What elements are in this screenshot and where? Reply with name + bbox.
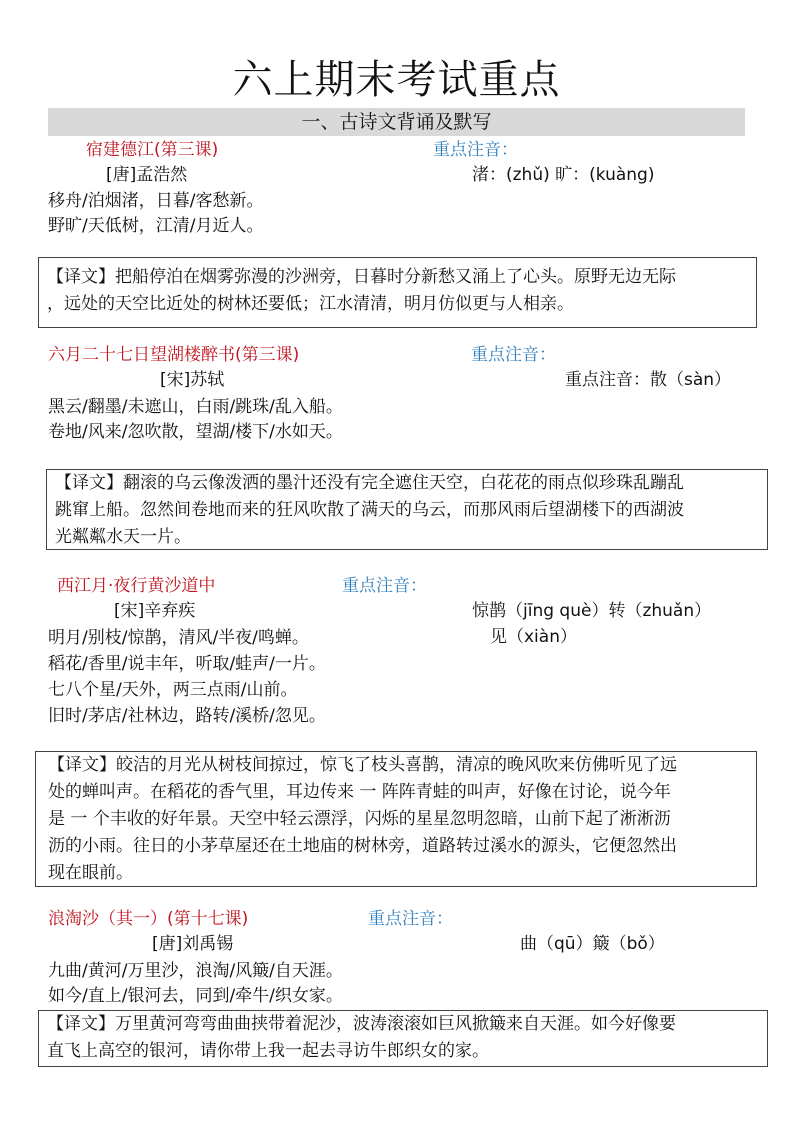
poem-title: 浪淘沙（其一）(第十七课) xyxy=(48,908,248,930)
translation-line: 沥的小雨。往日的小茅草屋还在土地庙的树林旁，道路转过溪水的源头，它便忽然出 xyxy=(48,833,748,860)
poem-verse: 黑云/翻墨/未遮山，白雨/跳珠/乱入船。 xyxy=(48,396,343,418)
pinyin-note: 见（xiàn） xyxy=(490,626,577,648)
pinyin-note: 渚：(zhǔ) 旷：(kuàng) xyxy=(472,164,654,186)
poem-verse: 如今/直上/银河去，同到/牵牛/织女家。 xyxy=(48,985,343,1007)
document-title: 六上期末考试重点 xyxy=(0,52,793,108)
poem-verse: 稻花/香里/说丰年，听取/蛙声/一片。 xyxy=(48,653,326,675)
translation-line: 直飞上高空的银河，请你带上我一起去寻访牛郎织女的家。 xyxy=(47,1038,759,1065)
translation-line: 光粼粼水天一片。 xyxy=(55,524,759,551)
translation-box: 【译文】万里黄河弯弯曲曲挟带着泥沙，波涛滚滚如巨风掀簸来自天涯。如今好像要 直飞… xyxy=(38,1010,768,1067)
translation-line: 【译文】翻滚的乌云像泼洒的墨汁还没有完全遮住天空，白花花的雨点似珍珠乱蹦乱 xyxy=(55,470,759,497)
translation-line: 处的蝉叫声。在稻花的香气里，耳边传来 一 阵阵青蛙的叫声，好像在讨论，说今年 xyxy=(48,779,748,806)
pinyin-label: 重点注音： xyxy=(433,139,518,161)
poem-author: [宋]辛弃疾 xyxy=(114,600,195,622)
poem-author: [宋]苏轼 xyxy=(160,369,224,391)
translation-line: 【译文】把船停泊在烟雾弥漫的沙洲旁，日暮时分新愁又涌上了心头。原野无边无际 xyxy=(47,264,748,291)
translation-line: 是 一 个丰收的好年景。天空中轻云漂浮，闪烁的星星忽明忽暗，山前下起了淅淅沥 xyxy=(48,806,748,833)
poem-title: 宿建德江(第三课) xyxy=(86,139,218,161)
pinyin-note: 重点注音：散（sàn） xyxy=(565,369,731,391)
poem-verse: 旧时/茅店/社林边，路转/溪桥/忽见。 xyxy=(48,705,326,727)
poem-verse: 野旷/天低树，江清/月近人。 xyxy=(48,215,263,237)
translation-line: ，远处的天空比近处的树林还要低；江水清清，明月仿似更与人相亲。 xyxy=(47,291,748,318)
poem-verse: 明月/别枝/惊鹊，清风/半夜/鸣蝉。 xyxy=(48,627,309,649)
pinyin-note: 曲（qū）簸（bǒ） xyxy=(520,933,665,955)
poem-verse: 移舟/泊烟渚，日暮/客愁新。 xyxy=(48,190,263,212)
poem-verse: 九曲/黄河/万里沙，浪淘/风簸/自天涯。 xyxy=(48,960,343,982)
translation-line: 【译文】万里黄河弯弯曲曲挟带着泥沙，波涛滚滚如巨风掀簸来自天涯。如今好像要 xyxy=(47,1011,759,1038)
poem-verse: 七八个星/天外，两三点雨/山前。 xyxy=(48,679,297,701)
pinyin-label: 重点注音： xyxy=(342,575,427,597)
section-heading-banner: 一、古诗文背诵及默写 xyxy=(48,108,745,136)
pinyin-label: 重点注音： xyxy=(471,344,556,366)
translation-line: 跳窜上船。忽然间卷地而来的狂风吹散了满天的乌云，而那风雨后望湖楼下的西湖波 xyxy=(55,497,759,524)
pinyin-label: 重点注音： xyxy=(368,908,453,930)
poem-title: 西江月·夜行黄沙道中 xyxy=(57,575,215,597)
translation-box: 【译文】翻滚的乌云像泼洒的墨汁还没有完全遮住天空，白花花的雨点似珍珠乱蹦乱 跳窜… xyxy=(46,469,768,550)
translation-box: 【译文】皎洁的月光从树枝间掠过，惊飞了枝头喜鹊，清凉的晚风吹来仿佛听见了远 处的… xyxy=(35,751,757,887)
translation-line: 现在眼前。 xyxy=(48,860,748,887)
poem-verse: 卷地/风来/忽吹散，望湖/楼下/水如天。 xyxy=(48,421,343,443)
translation-box: 【译文】把船停泊在烟雾弥漫的沙洲旁，日暮时分新愁又涌上了心头。原野无边无际 ，远… xyxy=(38,257,757,328)
translation-line: 【译文】皎洁的月光从树枝间掠过，惊飞了枝头喜鹊，清凉的晚风吹来仿佛听见了远 xyxy=(48,752,748,779)
poem-author: [唐]刘禹锡 xyxy=(152,933,233,955)
poem-author: [唐]孟浩然 xyxy=(106,164,187,186)
pinyin-note: 惊鹊（jīng què）转（zhuǎn） xyxy=(472,600,711,622)
poem-title: 六月二十七日望湖楼醉书(第三课) xyxy=(48,344,299,366)
